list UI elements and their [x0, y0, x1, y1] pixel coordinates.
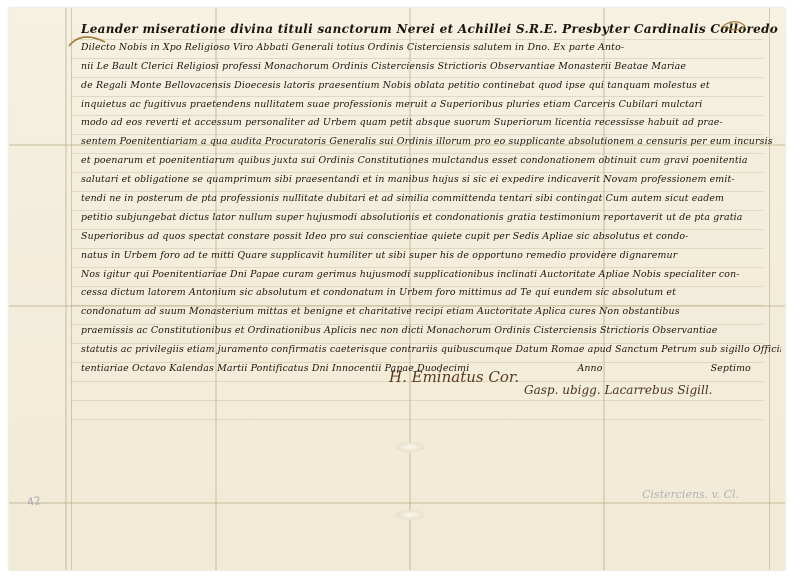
pencil-note-left: 42	[26, 494, 42, 509]
horizontal-fold-3	[9, 502, 785, 504]
manuscript-line: condonatum ad suum Monasterium mittas et…	[81, 303, 781, 322]
initial-flourish-icon	[67, 34, 107, 48]
manuscript-line: sentem Poenitentiariam a qua audita Proc…	[81, 133, 781, 152]
seal-slit-upper	[395, 442, 425, 452]
pencil-note-right: Cisterciens. v. Cl.	[642, 488, 739, 501]
date-septimo: Septimo	[711, 360, 751, 379]
manuscript-line: cessa dictum latorem Antonium sic absolu…	[81, 284, 781, 303]
signature-official: H. Eminatus Cor.	[389, 368, 519, 386]
manuscript-line: et poenarum et poenitentiarum quibus jux…	[81, 152, 781, 171]
manuscript-line: natus in Urbem foro ad te mitti Quare su…	[81, 247, 781, 266]
margin-fold	[65, 8, 67, 570]
left-margin-rule	[71, 8, 72, 570]
manuscript-line: modo ad eos reverti et accessum personal…	[81, 114, 781, 133]
manuscript-line: salutari et obligatione se quamprimum si…	[81, 171, 781, 190]
manuscript-line: nii Le Bault Clerici Religiosi professi …	[81, 58, 781, 77]
manuscript-line: de Regali Monte Bellovacensis Dioecesis …	[81, 77, 781, 96]
manuscript-heading-line: Leander miseratione divina tituli sancto…	[81, 20, 781, 39]
manuscript-line: petitio subjungebat dictus lator nullum …	[81, 209, 781, 228]
signature-sigillator: Gasp. ubigg. Lacarrebus Sigill.	[524, 383, 712, 397]
manuscript-line: statutis ac privilegiis etiam juramento …	[81, 341, 781, 360]
manuscript-line: praemissis ac Constitutionibus et Ordina…	[81, 322, 781, 341]
manuscript-line: inquietus ac fugitivus praetendens nulli…	[81, 96, 781, 115]
manuscript-line: Nos igitur qui Poenitentiariae Dni Papae…	[81, 266, 781, 285]
manuscript-line: tendi ne in posterum de pta professionis…	[81, 190, 781, 209]
date-anno: Anno	[577, 360, 602, 379]
document-sheet: Leander miseratione divina tituli sancto…	[9, 8, 785, 570]
heading-end-flourish-icon	[719, 18, 749, 34]
manuscript-line: Dilecto Nobis in Xpo Religioso Viro Abba…	[81, 39, 781, 58]
manuscript-line: Superioribus ad quos spectat constare po…	[81, 228, 781, 247]
manuscript-text: Leander miseratione divina tituli sancto…	[81, 20, 781, 379]
seal-slit-lower	[395, 510, 425, 520]
